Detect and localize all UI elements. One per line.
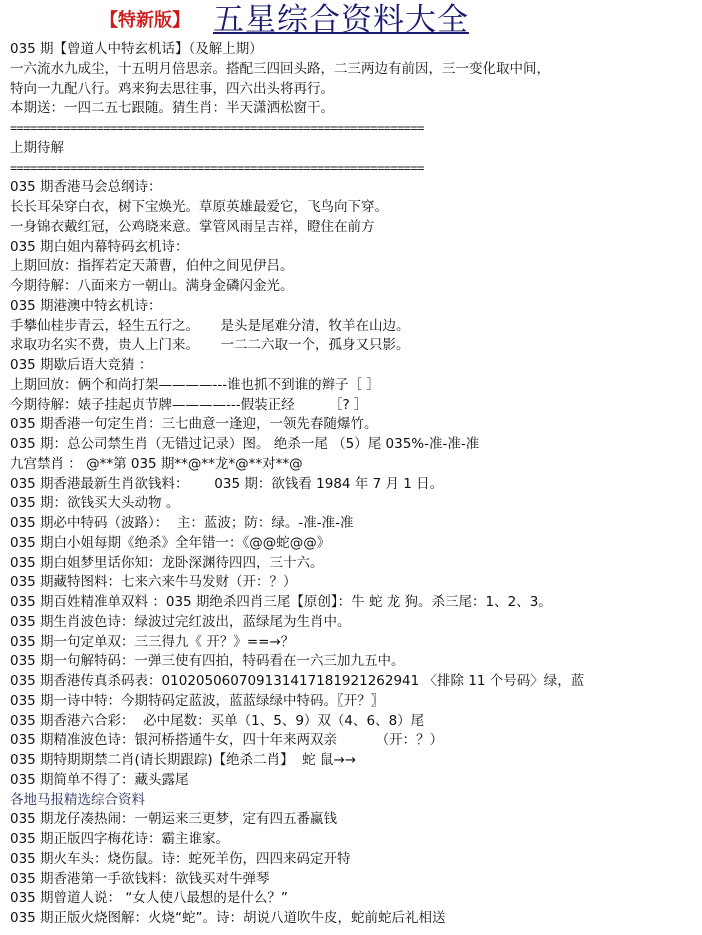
info-line: 035 期白小姐每期《绝杀》全年错一：《@@蛇@@》 [10, 534, 700, 554]
separator: ========================================… [10, 119, 700, 139]
info-line: 035 期火车头：烧伤鼠。诗：蛇死羊伤，四四来码定开特 [10, 850, 700, 870]
info-line: 035 期一诗中特：今期特码定蓝波，蓝蓝绿绿中特码。〖开？〗 [10, 692, 700, 712]
info-line: 035 期生肖波色诗：绿波过完红波出，蓝绿尾为生肖中。 [10, 613, 700, 633]
info-line: 035 期藏特图料：七来六来牛马发财（开：？） [10, 573, 700, 593]
info-line: 035 期精准波色诗：银河桥搭通牛女，四十年来两双亲 （开：？） [10, 731, 700, 751]
info-line: 035 期香港传真杀码表：010205060709131417181921262… [10, 672, 700, 692]
info-line: 035 期百姓精准单双料 ：035 期绝杀四肖三尾【原创】：牛 蛇 龙 狗。杀三… [10, 593, 700, 613]
riddle-line: 今期待解：婊子挂起贞节牌————---假装正经 ［? ］ [10, 396, 700, 416]
edition-badge: 【特新版】 [100, 9, 190, 33]
info-line: 035 期：总公司禁生肖（无错过记录）图。 绝杀一尾 （5）尾 035%-准-准… [10, 435, 700, 455]
poem-line: 本期送：一四二五七跟随。猜生肖：半天潇洒松窗干。 [10, 99, 700, 119]
period-heading: 035 期香港马会总纲诗： [10, 178, 700, 198]
info-line: 035 期龙仔凑热闹：一朝运来三更梦，定有四五番赢钱 [10, 810, 700, 830]
poem-line: 一身锦衣戴红冠，公鸡晓来意。掌管风雨呈吉祥，瞪住在前方 [10, 218, 700, 238]
poem-line: 今期待解：八面来方一朝山。满身金磷闪金光。 [10, 277, 700, 297]
page-header: 【特新版】 五星综合资料大全 [0, 0, 702, 42]
info-line: 035 期正版四字梅花诗：霸主谁家。 [10, 830, 700, 850]
info-line: 035 期正版火烧图解：火烧“蛇”。诗：胡说八道吹牛皮，蛇前蛇后礼相送 [10, 909, 700, 929]
info-line: 035 期必中特码（波路）： 主：蓝波；防：绿。-准-准-准 [10, 514, 700, 534]
section-heading-pending: 上期待解 [10, 139, 700, 159]
poem-line: 一六流水九成尘，十五明月倍思亲。搭配三四回头路，二三两边有前因，三一变化取中间， [10, 60, 700, 80]
document-body: 035 期【曾道人中特玄机话】（及解上期） 一六流水九成尘，十五明月倍思亲。搭配… [10, 40, 700, 929]
riddle-line: 上期回放：俩个和尚打架————---谁也抓不到谁的辫子［ ］ [10, 376, 700, 396]
info-line: 035 期：欲钱买大头动物 。 [10, 494, 700, 514]
separator: ========================================… [10, 159, 700, 179]
info-line: 035 期简单不得了：藏头露尾 [10, 771, 700, 791]
period-heading: 035 期白姐内幕特码玄机诗： [10, 238, 700, 258]
info-line: 035 期曾道人说： “女人使八最想的是什么？” [10, 889, 700, 909]
info-line: 035 期香港第一手欲钱料：欲钱买对牛弹琴 [10, 870, 700, 890]
info-line: 035 期香港一句定生肖：三七曲意一逢迎，一领先春随爆竹。 [10, 415, 700, 435]
poem-line: 长长耳朵穿白衣，树下宝焕光。草原英雄最爱它，飞鸟向下穿。 [10, 198, 700, 218]
section-heading-regional: 各地马报精选综合资料 [10, 791, 700, 811]
poem-line: 上期回放：指挥若定天萧曹，伯仲之间见伊吕。 [10, 257, 700, 277]
info-line: 035 期特期期禁二肖(请长期跟踪)【绝杀二肖】 蛇 鼠→→ [10, 751, 700, 771]
period-heading: 035 期歇后语大竞猜 ： [10, 356, 700, 376]
period-heading-zeng: 035 期【曾道人中特玄机话】（及解上期） [10, 40, 700, 60]
info-line: 035 期香港六合彩： 必中尾数：买单（1、5、9）双（4、6、8）尾 [10, 712, 700, 732]
poem-line: 求取功名实不费，贵人上门来。 一二二六取一个，孤身又只影。 [10, 336, 700, 356]
info-line: 035 期白姐梦里话你知：龙卧深渊待四四，三十六。 [10, 554, 700, 574]
period-heading: 035 期港澳中特玄机诗： [10, 297, 700, 317]
info-line: 035 期一句解特码：一弹三使有四拍，特码看在一六三加九五中。 [10, 652, 700, 672]
info-line: 035 期一句定单双：三三得九《 开？》==→？ [10, 633, 700, 653]
info-line: 035 期香港最新生肖欲钱料： 035 期：欲钱看 1984 年 7 月 1 日… [10, 475, 700, 495]
info-line: 九宫禁肖 ： @**第 035 期**@**龙*@**对**@ [10, 455, 700, 475]
page-title[interactable]: 五星综合资料大全 [213, 0, 469, 40]
poem-line: 特向一九配八行。鸡来狗去思往事，四六出头将再行。 [10, 80, 700, 100]
poem-line: 手攀仙桂步青云，轻生五行之。 是头是尾难分清，牧羊在山边。 [10, 317, 700, 337]
